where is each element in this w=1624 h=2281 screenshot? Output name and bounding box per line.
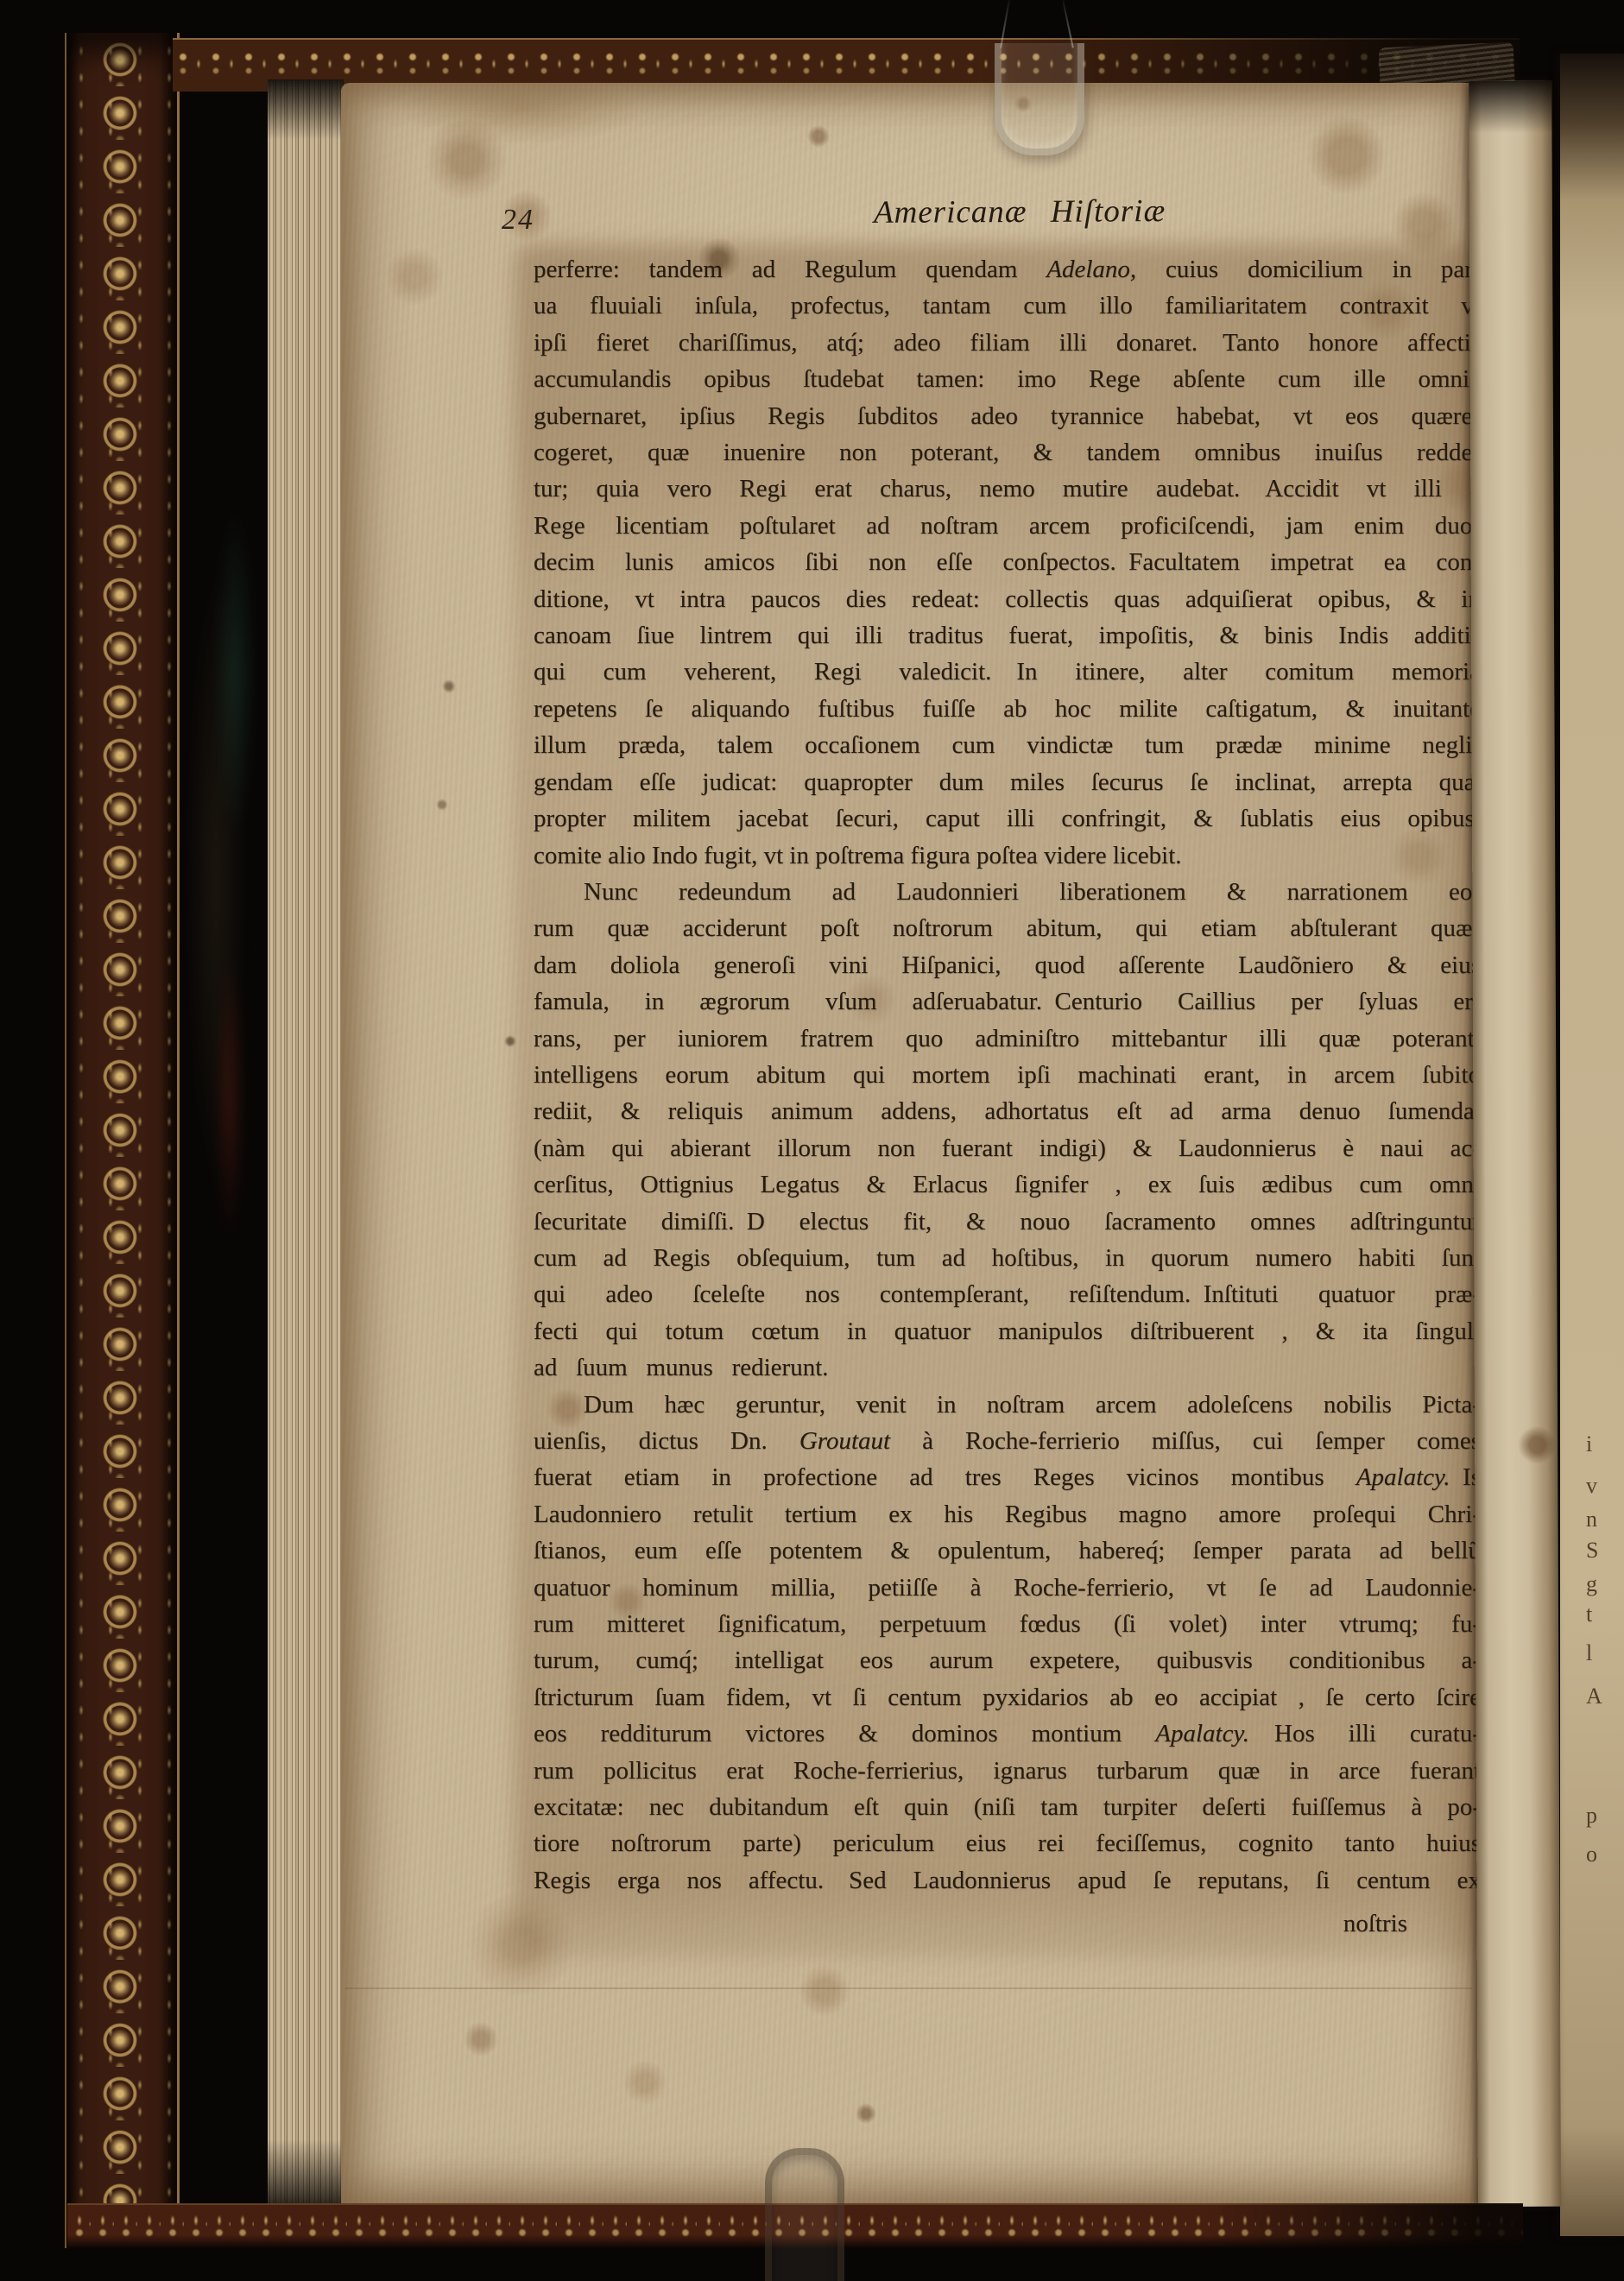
text-line: tur; quia vero Regi erat charus, nemo mu… [534,471,1481,507]
text-line: tiore noſtrorum parte) periculum eius re… [534,1825,1481,1861]
text-line: ad ſuum munus redierunt. [534,1349,1481,1386]
text-line: rum pollicitus erat Roche-ferrierius, ig… [534,1753,1481,1789]
text-line: canoam ſiue lintrem qui illi traditus fu… [534,617,1481,654]
text-line: (nàm qui abierant illorum non fuerant in… [534,1130,1481,1166]
text-line: gubernaret, ipſius Regis ſubditos adeo t… [534,398,1481,434]
text-line: quatuor hominum millia, petiiſſe à Roche… [534,1570,1481,1606]
book-photo: 24 Americanæ Hiſtoriæ perferre: tandem a… [0,0,1624,2281]
text-line: fecti qui totum cœtum in quatuor manipul… [534,1313,1481,1349]
text-line: rans, per iuniorem fratrem quo adminiſtr… [534,1020,1481,1057]
text-line: rum mitteret ſignificatum, perpetuum fœd… [534,1606,1481,1642]
under-page-edge: ivnSgtlApo [1560,54,1624,2236]
text-line: excitatæ: nec dubitandum eſt quin (niſi … [534,1789,1481,1825]
edge-text-fragment: p [1586,1803,1597,1829]
text-line: Regis erga nos affectu. Sed Laudonnierus… [534,1862,1481,1899]
text-line: propter militem jacebat ſecuri, caput il… [534,800,1481,837]
text-line: cum ad Regis obſequium, tum ad hoſtibus,… [534,1240,1481,1276]
text-line: eos redditurum victores & dominos montiu… [534,1715,1481,1752]
text-line: dam doliola generoſi vini Hiſpanici, quo… [534,947,1481,983]
text-line: gendam eſſe judicat: quapropter dum mile… [534,764,1481,800]
text-line: fuerat etiam in profectione ad tres Rege… [534,1459,1481,1495]
text-line: famula, in ægrorum vſum adſeruabatur. Ce… [534,983,1481,1020]
text-line: Rege licentiam poſtularet ad noſtram arc… [534,508,1481,544]
text-line: Dum hæc geruntur, venit in noſtram arcem… [534,1387,1481,1423]
catchword: noſtris [534,1910,1407,1938]
edge-text-fragment: n [1586,1507,1597,1532]
text-line: uienſis, dictus Dn. Groutaut à Roche-fer… [534,1423,1481,1459]
gutter-shadow [181,311,271,1468]
text-line: ditione, vt intra paucos dies redeat: co… [534,581,1481,617]
text-line: accumulandis opibus ſtudebat tamen: imo … [534,361,1481,397]
text-line: perferre: tandem ad Regulum quendam Adel… [534,251,1481,287]
edge-text-fragment: l [1586,1640,1592,1666]
page-holder-clip-bottom [765,2148,844,2281]
text-line: repetens ſe aliquando fuſtibus fuiſſe ab… [534,691,1481,727]
page-crease-line [345,1987,1472,1989]
edge-text-fragment: A [1586,1684,1602,1709]
edge-text-fragment: o [1586,1842,1597,1867]
running-header: Americanæ Hiſtoriæ [874,193,1166,231]
text-block: perferre: tandem ad Regulum quendam Adel… [534,251,1481,1899]
text-line: comite alio Indo fugit, vt in poſtrema f… [534,837,1481,874]
text-line: qui adeo ſceleſte nos contempſerant, reſ… [534,1276,1481,1312]
text-line: intelligens eorum abitum qui mortem ipſi… [534,1057,1481,1093]
text-line: turum, cumq́; intelligat eos aurum expet… [534,1642,1481,1678]
edge-text-fragment: v [1586,1473,1597,1499]
text-line: ſecuritate dimiſſi. D electus fit, & nou… [534,1204,1481,1240]
text-line: Laudonniero retulit tertium ex his Regib… [534,1496,1481,1532]
edge-text-fragment: S [1586,1538,1598,1564]
text-line: Nunc redeundum ad Laudonnieri liberation… [534,874,1481,910]
page-number: 24 [502,204,534,237]
edge-text-fragment: i [1586,1431,1592,1457]
text-line: ipſi fieret chariſſimus, atq́; adeo fili… [534,325,1481,361]
text-line: rediit, & reliquis animum addens, adhort… [534,1093,1481,1129]
page-curl-edge [1469,81,1561,2207]
page-fore-edges [268,79,344,2208]
text-line: decim lunis amicos ſibi non eſſe conſpec… [534,544,1481,580]
text-line: rum quæ acciderunt poſt noſtrorum abitum… [534,910,1481,946]
edge-text-fragment: t [1586,1602,1592,1627]
edge-text-fragment: g [1586,1571,1597,1597]
text-line: qui cum veherent, Regi valedicit. In iti… [534,654,1481,690]
page-holder-clip-top [995,43,1084,155]
text-line: ſtianos, eum eſſe potentem & opulentum, … [534,1532,1481,1569]
gilded-binding-edge [65,33,180,2248]
text-line: ua fluuiali inſula, profectus, tantam cu… [534,287,1481,324]
text-line: illum præda, talem occaſionem cum vindic… [534,727,1481,763]
text-line: ſtricturum ſuam fidem, vt ſi centum pyxi… [534,1679,1481,1715]
text-line: cogeret, quæ inuenire non poterant, & ta… [534,434,1481,471]
text-line: cerſitus, Ottignius Legatus & Erlacus ſi… [534,1166,1481,1203]
